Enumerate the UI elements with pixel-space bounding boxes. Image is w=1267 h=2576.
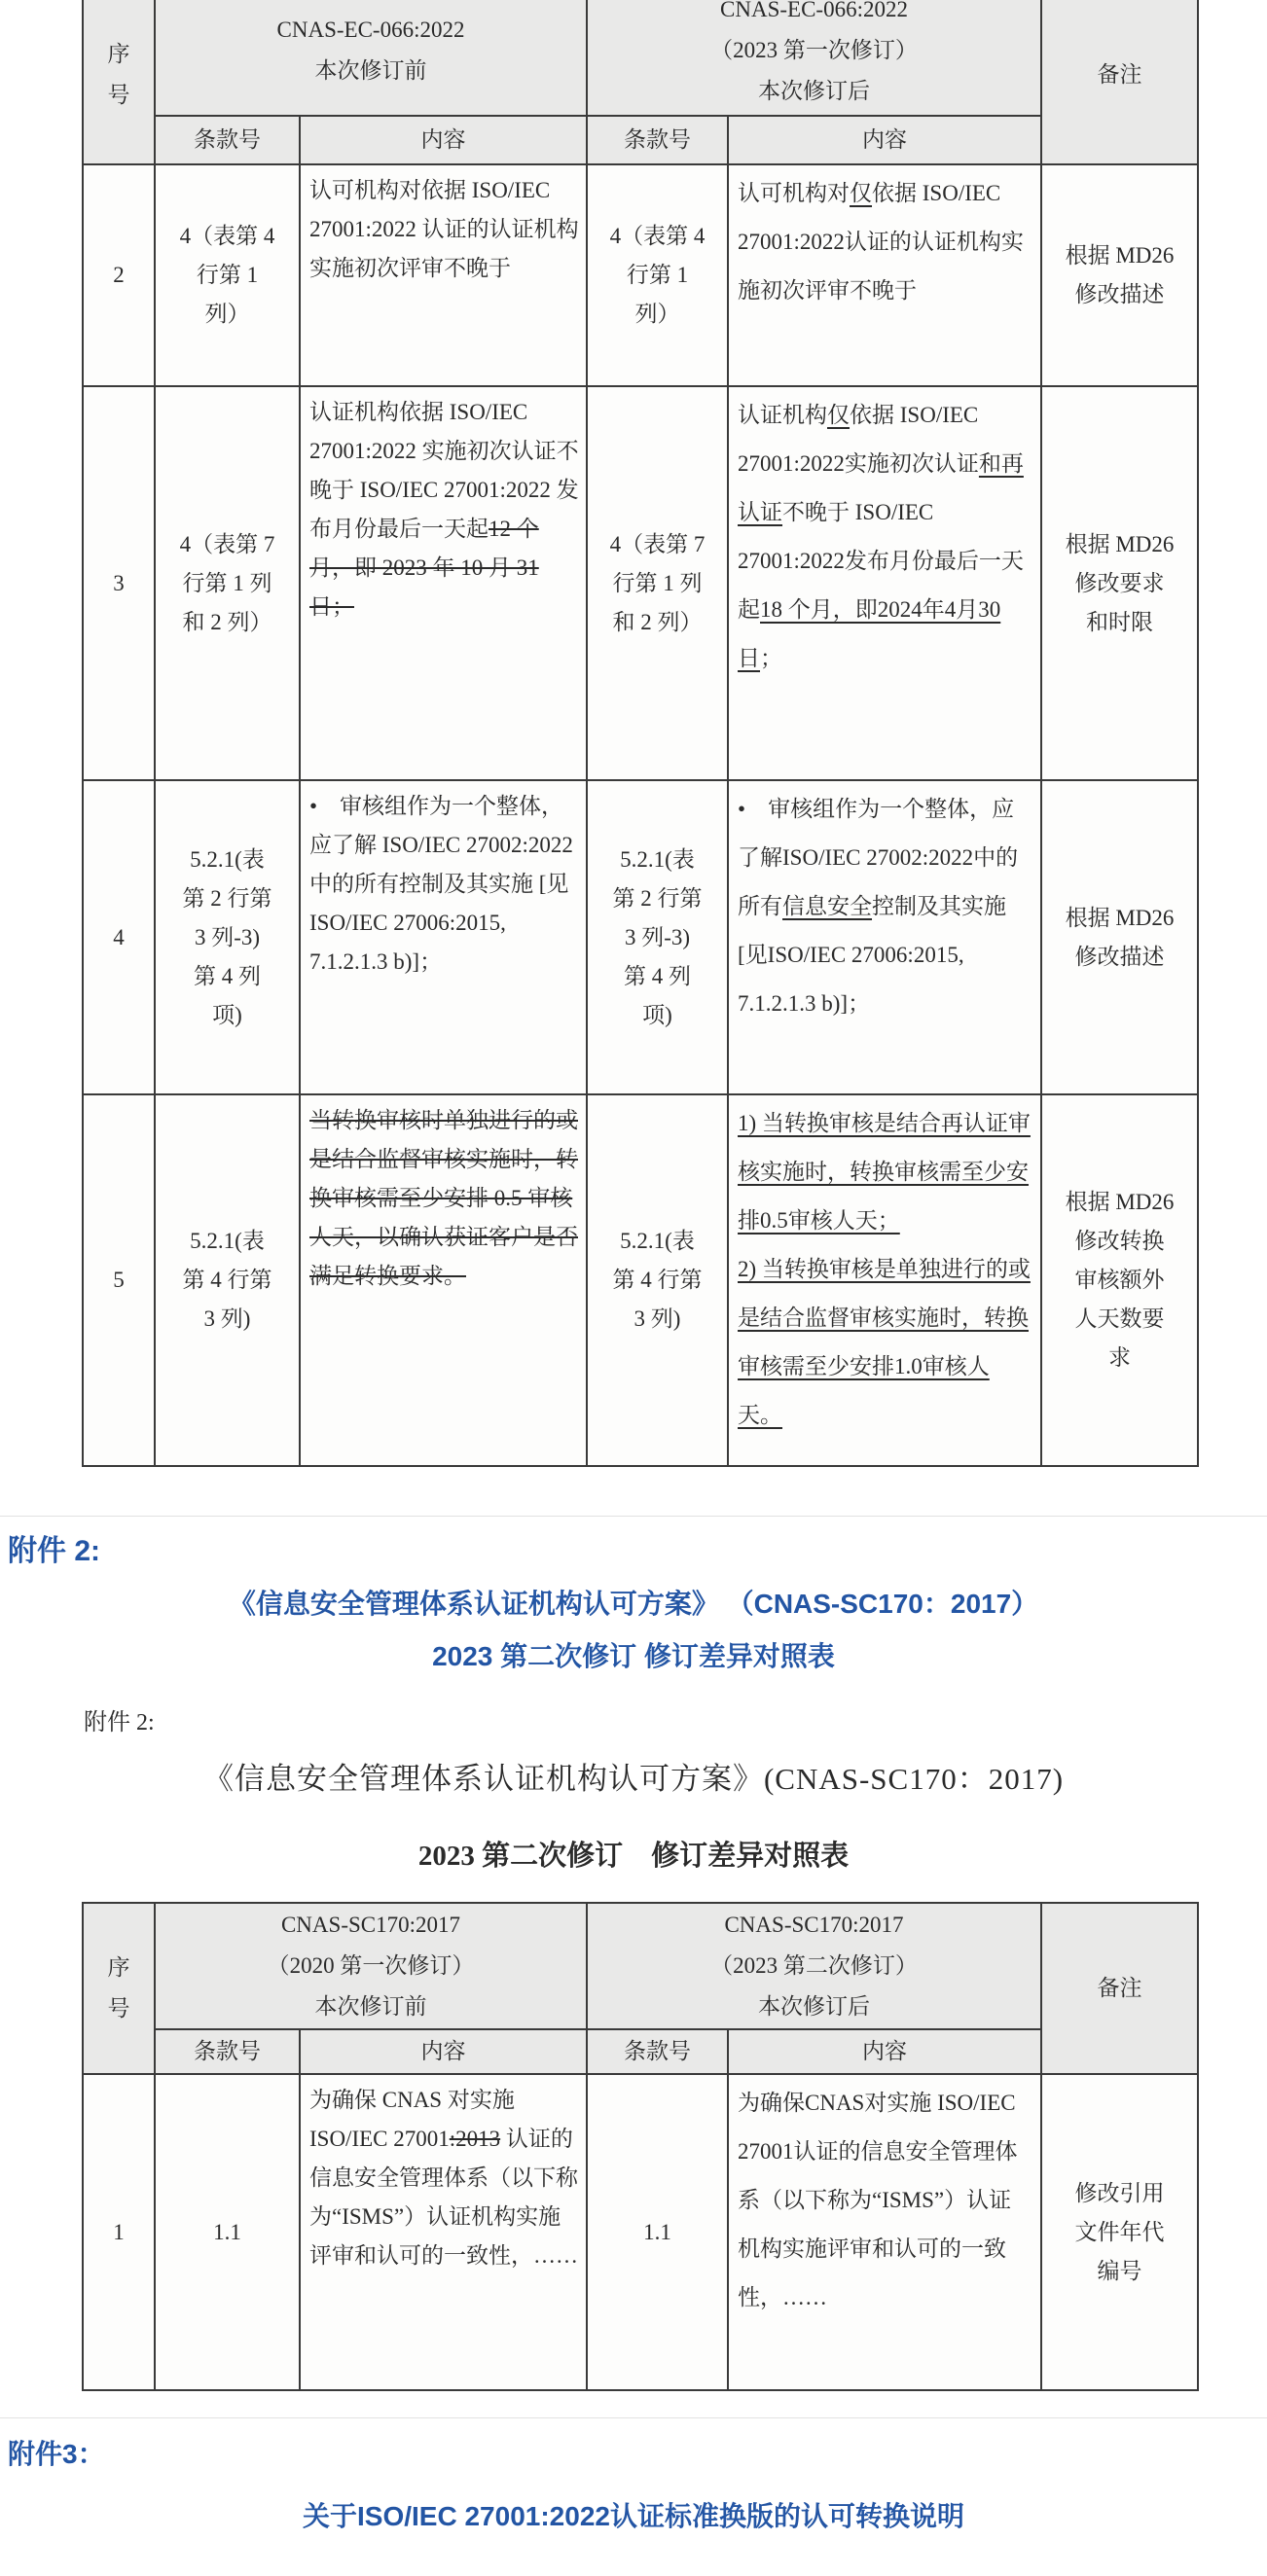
table-row: 45.2.1(表 第 2 行第 3 列-3) 第 4 列 项)• 审核组作为一个… [83,780,1198,1094]
cell-clause-after: 4（表第 4 行第 1 列） [587,164,728,386]
table-header-row: 序 号 CNAS-SC170:2017 （2020 第一次修订） 本次修订前 C… [83,1903,1198,2029]
paragraph: 1) 当转换审核是结合再认证审核实施时，转换审核需至少安排0.5审核人天； [738,1099,1033,1245]
text-run: 5.2.1(表 第 4 行第 3 列) [183,1229,272,1331]
cell-clause-before: 5.2.1(表 第 4 行第 3 列) [155,1094,300,1466]
cell-clause-before: 4（表第 4 行第 1 列） [155,164,300,386]
cell-content-after: 认证机构仅依据 ISO/IEC 27001:2022实施初次认证和再认证不晚于 … [728,386,1041,780]
paragraph: 根据 MD26 修改转换 审核额外 人天数要 求 [1043,1183,1196,1377]
paragraph: 1.1 [589,2213,726,2252]
table-subheader-row: 条款号 内容 条款号 内容 [83,2029,1198,2074]
deleted-text-run: 当转换审核时单独进行的或是结合监督审核实施时，转换审核需至少安排 0.5 审核人… [309,1108,578,1288]
document-page: { "colors": {"accent_blue": "#2355a4", "… [0,0,1267,2576]
table-header-row: 序 号 CNAS-EC-066:2022 本次修订前 CNAS-EC-066:2… [83,0,1198,116]
cell-seq: 2 [83,164,155,386]
cell-content-before: 认证机构依据 ISO/IEC 27001:2022 实施初次认证不晚于 ISO/… [300,386,587,780]
cell-content-before: 认可机构对依据 ISO/IEC 27001:2022 认证的认证机构实施初次评审… [300,164,587,386]
paragraph: 2) 当转换审核是单独进行的或是结合监督审核实施时，转换审核需至少安排1.0审核… [738,1245,1033,1440]
header-remark: 备注 [1041,1903,1198,2074]
cell-remark: 根据 MD26 修改描述 [1041,164,1198,386]
cell-content-before: 当转换审核时单独进行的或是结合监督审核实施时，转换审核需至少安排 0.5 审核人… [300,1094,587,1466]
attachment2-doc-title: 《信息安全管理体系认证机构认可方案》(CNAS-SC170：2017) [0,1758,1267,1801]
header-remark: 备注 [1041,0,1198,164]
cell-content-before: 为确保 CNAS 对实施 ISO/IEC 27001:2013 认证的信息安全管… [300,2074,587,2390]
cell-remark: 根据 MD26 修改要求 和时限 [1041,386,1198,780]
header-clause-after: 条款号 [587,2029,728,2074]
paragraph: 4（表第 4 行第 1 列） [589,217,726,334]
header-clause-after: 条款号 [587,116,728,164]
text-run: 3 [113,571,125,595]
text-run: 5.2.1(表 第 4 行第 3 列) [613,1229,703,1331]
text-run: 5.2.1(表 第 2 行第 3 列-3) 第 4 列 项) [183,847,272,1027]
section-divider [0,1516,1267,1517]
header-after-title: CNAS-SC170:2017 （2023 第二次修订） 本次修订后 [587,1903,1041,2029]
text-run: 认可机构对依据 ISO/IEC 27001:2022 认证的认证机构实施初次评审… [309,178,579,280]
attachment2-blue-heading: 附件 2: 《信息安全管理体系认证机构认可方案》 （CNAS-SC170：201… [0,1530,1267,1676]
text-run: 根据 MD26 修改要求 和时限 [1066,532,1175,634]
paragraph: 3 [85,564,153,603]
cell-content-after: • 审核组作为一个整体，应了解ISO/IEC 27002:2022中的所有信息安… [728,780,1041,1094]
paragraph: 5.2.1(表 第 4 行第 3 列) [589,1222,726,1339]
header-after-title: CNAS-EC-066:2022 （2023 第一次修订） 本次修订后 [587,0,1041,116]
text-run: 1.1 [643,2220,671,2244]
header-content-after: 内容 [728,2029,1041,2074]
paragraph: 根据 MD26 修改描述 [1043,899,1196,977]
paragraph: 4（表第 7 行第 1 列 和 2 列） [157,525,298,642]
header-content-before: 内容 [300,2029,587,2074]
paragraph: 5 [85,1261,153,1300]
header-content-after: 内容 [728,116,1041,164]
paragraph: 4（表第 4 行第 1 列） [157,217,298,334]
text-run: 4 [113,925,125,949]
text-run: 根据 MD26 修改转换 审核额外 人天数要 求 [1066,1190,1175,1370]
attachment2-subtitle: 2023 第二次修订 修订差异对照表 [0,1637,1267,1676]
text-run: 4（表第 4 行第 1 列） [180,224,275,326]
paragraph: 认可机构对仅依据 ISO/IEC 27001:2022认证的认证机构实施初次评审… [738,169,1033,315]
paragraph: 4（表第 7 行第 1 列 和 2 列） [589,525,726,642]
header-before-title: CNAS-EC-066:2022 本次修订前 [155,0,587,116]
attachment2-doc-subtitle: 2023 第二次修订 修订差异对照表 [0,1836,1267,1877]
sc170-comparison-section: 序 号 CNAS-SC170:2017 （2020 第一次修订） 本次修订前 C… [0,1902,1267,2391]
attachment3-label: 附件3： [8,2434,1267,2475]
deleted-text-run: :2013 [450,2127,500,2151]
text-run: • 审核组作为一个整体，应了解 ISO/IEC 27002:2022 中的所有控… [309,794,573,974]
inserted-text-run: 1) 当转换审核是结合再认证审核实施时，转换审核需至少安排0.5审核人天； [738,1111,1031,1233]
cell-remark: 根据 MD26 修改转换 审核额外 人天数要 求 [1041,1094,1198,1466]
header-clause-before: 条款号 [155,2029,300,2074]
paragraph: 根据 MD26 修改描述 [1043,236,1196,314]
ec066-comparison-section: 序 号 CNAS-EC-066:2022 本次修订前 CNAS-EC-066:2… [0,0,1267,1467]
revision-table-ec066: 序 号 CNAS-EC-066:2022 本次修订前 CNAS-EC-066:2… [82,0,1199,1467]
text-run: 修改引用 文件年代 编号 [1075,2181,1165,2283]
inserted-text-run: 仅 [827,403,850,427]
cell-content-after: 为确保CNAS对实施 ISO/IEC 27001认证的信息安全管理体系（以下称为… [728,2074,1041,2390]
cell-seq: 1 [83,2074,155,2390]
cell-content-after: 认可机构对仅依据 ISO/IEC 27001:2022认证的认证机构实施初次评审… [728,164,1041,386]
paragraph: 2 [85,256,153,295]
cell-seq: 3 [83,386,155,780]
paragraph: 当转换审核时单独进行的或是结合监督审核实施时，转换审核需至少安排 0.5 审核人… [309,1101,579,1296]
table-row: 24（表第 4 行第 1 列）认可机构对依据 ISO/IEC 27001:202… [83,164,1198,386]
attachment2-label: 附件 2: [8,1530,1267,1573]
revision-table-sc170: 序 号 CNAS-SC170:2017 （2020 第一次修订） 本次修订前 C… [82,1902,1199,2391]
cell-clause-after: 4（表第 7 行第 1 列 和 2 列） [587,386,728,780]
text-run: 认可机构对 [738,181,850,205]
text-run: 1.1 [213,2220,241,2244]
paragraph: 5.2.1(表 第 4 行第 3 列) [157,1222,298,1339]
text-run: 2 [113,263,125,287]
header-seq: 序 号 [83,1903,155,2074]
cell-remark: 根据 MD26 修改描述 [1041,780,1198,1094]
text-run: 4（表第 7 行第 1 列 和 2 列） [610,532,706,634]
attachment3-title: 关于ISO/IEC 27001:2022认证标准换版的认可转换说明 [0,2496,1267,2537]
text-run: 4（表第 7 行第 1 列 和 2 列） [180,532,275,634]
header-before-title: CNAS-SC170:2017 （2020 第一次修订） 本次修订前 [155,1903,587,2029]
header-content-before: 内容 [300,116,587,164]
cell-clause-before: 5.2.1(表 第 2 行第 3 列-3) 第 4 列 项) [155,780,300,1094]
text-run: 4（表第 4 行第 1 列） [610,224,706,326]
paragraph: 1 [85,2213,153,2252]
cell-content-before: • 审核组作为一个整体，应了解 ISO/IEC 27002:2022 中的所有控… [300,780,587,1094]
table-subheader-row: 条款号 内容 条款号 内容 [83,116,1198,164]
paragraph: 认可机构对依据 ISO/IEC 27001:2022 认证的认证机构实施初次评审… [309,171,579,288]
paragraph: 为确保 CNAS 对实施 ISO/IEC 27001:2013 认证的信息安全管… [309,2081,579,2275]
paragraph: 1.1 [157,2213,298,2252]
cell-seq: 5 [83,1094,155,1466]
cell-clause-after: 5.2.1(表 第 4 行第 3 列) [587,1094,728,1466]
text-run: 根据 MD26 修改描述 [1066,906,1175,969]
text-run: 5.2.1(表 第 2 行第 3 列-3) 第 4 列 项) [613,847,703,1027]
cell-seq: 4 [83,780,155,1094]
cell-content-after: 1) 当转换审核是结合再认证审核实施时，转换审核需至少安排0.5审核人天；2) … [728,1094,1041,1466]
cell-clause-after: 1.1 [587,2074,728,2390]
inserted-text-run: 信息安全 [782,894,872,918]
attachment2-document-heading: 附件 2: 《信息安全管理体系认证机构认可方案》(CNAS-SC170：2017… [0,1705,1267,1877]
paragraph: • 审核组作为一个整体，应了解 ISO/IEC 27002:2022 中的所有控… [309,787,579,982]
inserted-text-run: 2) 当转换审核是单独进行的或是结合监督审核实施时，转换审核需至少安排1.0审核… [738,1257,1031,1427]
attachment3-blue-heading: 附件3： 关于ISO/IEC 27001:2022认证标准换版的认可转换说明 [0,2434,1267,2537]
text-run: 5 [113,1268,125,1292]
cell-clause-before: 4（表第 7 行第 1 列 和 2 列） [155,386,300,780]
cell-clause-before: 1.1 [155,2074,300,2390]
inserted-text-run: 仅 [850,181,872,205]
paragraph: 5.2.1(表 第 2 行第 3 列-3) 第 4 列 项) [157,841,298,1035]
cell-clause-after: 5.2.1(表 第 2 行第 3 列-3) 第 4 列 项) [587,780,728,1094]
paragraph: 修改引用 文件年代 编号 [1043,2174,1196,2291]
table-row: 11.1为确保 CNAS 对实施 ISO/IEC 27001:2013 认证的信… [83,2074,1198,2390]
attachment2-title: 《信息安全管理体系认证机构认可方案》 （CNAS-SC170：2017） [0,1585,1267,1624]
attachment2-doc-label: 附件 2: [84,1705,1267,1740]
paragraph: 4 [85,918,153,957]
header-seq: 序 号 [83,0,155,164]
table-row: 34（表第 7 行第 1 列 和 2 列）认证机构依据 ISO/IEC 2700… [83,386,1198,780]
header-clause-before: 条款号 [155,116,300,164]
paragraph: 认证机构依据 ISO/IEC 27001:2022 实施初次认证不晚于 ISO/… [309,393,579,626]
paragraph: • 审核组作为一个整体，应了解ISO/IEC 27002:2022中的所有信息安… [738,785,1033,1028]
section-divider [0,2417,1267,2418]
text-run: 为确保CNAS对实施 ISO/IEC 27001认证的信息安全管理体系（以下称为… [738,2091,1018,2309]
paragraph: 为确保CNAS对实施 ISO/IEC 27001认证的信息安全管理体系（以下称为… [738,2079,1033,2322]
text-run: ； [760,646,782,670]
paragraph: 5.2.1(表 第 2 行第 3 列-3) 第 4 列 项) [589,841,726,1035]
text-run: 1 [113,2220,125,2244]
paragraph: 认证机构仅依据 ISO/IEC 27001:2022实施初次认证和再认证不晚于 … [738,391,1033,683]
cell-remark: 修改引用 文件年代 编号 [1041,2074,1198,2390]
paragraph: 根据 MD26 修改要求 和时限 [1043,525,1196,642]
table-row: 55.2.1(表 第 4 行第 3 列)当转换审核时单独进行的或是结合监督审核实… [83,1094,1198,1466]
text-run: 认证机构 [738,403,827,427]
text-run: 根据 MD26 修改描述 [1066,243,1175,306]
